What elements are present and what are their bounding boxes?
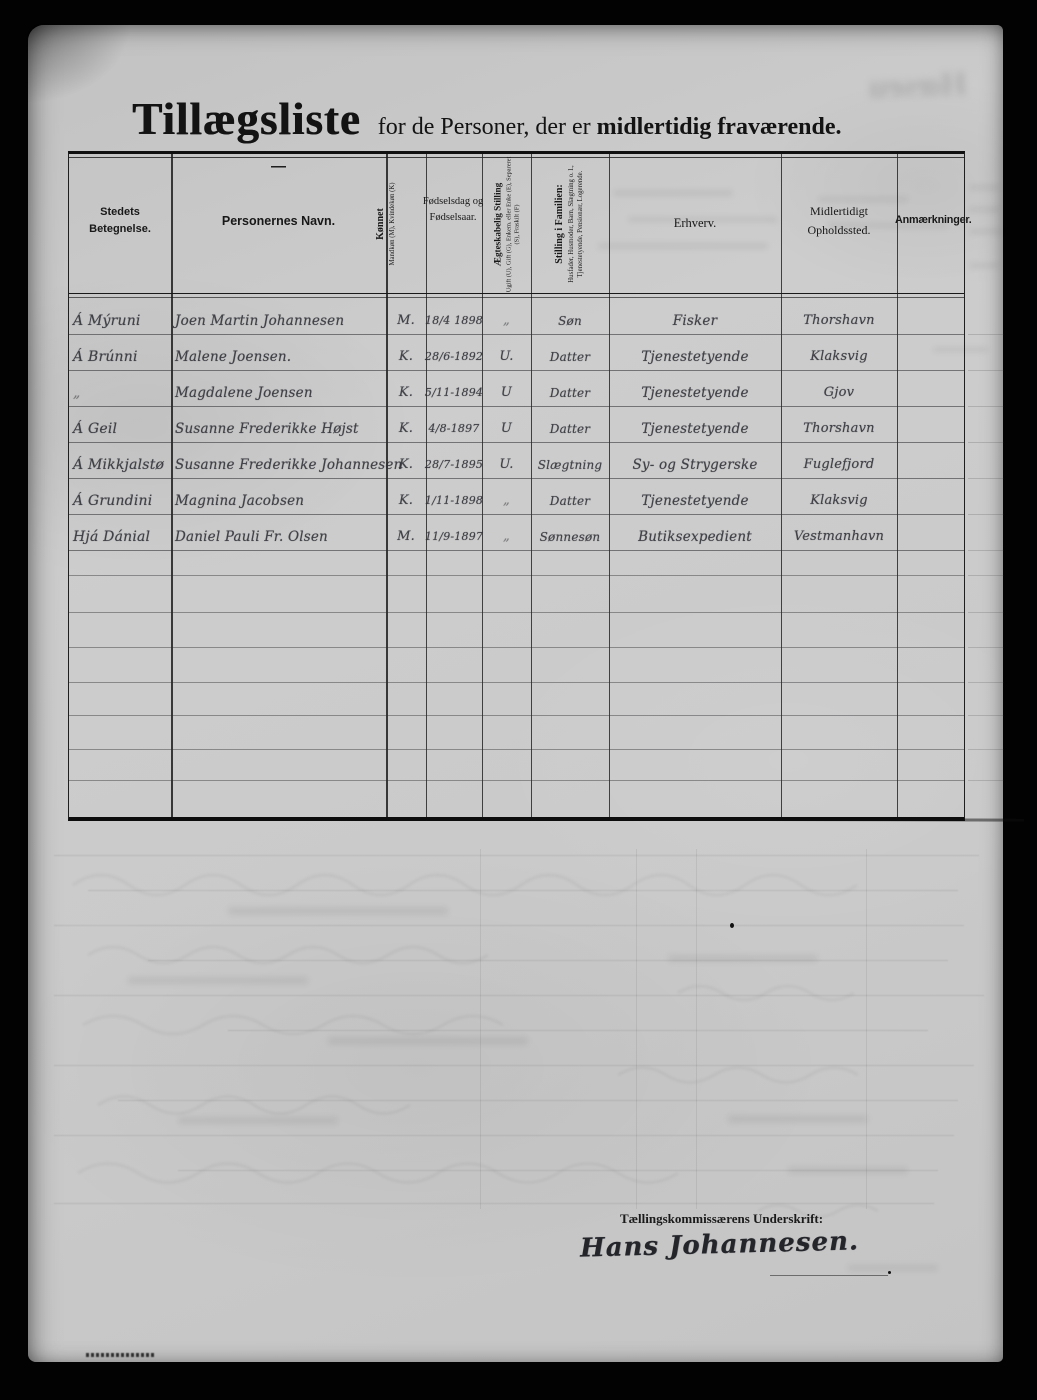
empty-row-rule [69, 682, 964, 683]
cell-sex: K. [386, 345, 426, 369]
signature-handwriting: Hans Johannesen. [580, 1226, 860, 1263]
cell-residence: Thorshavn [781, 417, 897, 441]
cell-occupation: Sy- og Strygerske [609, 453, 781, 477]
page-subtitle-regular: for de Personer, der er [378, 114, 591, 140]
page-subtitle: for de Personer, der ermidlertidig fravæ… [378, 114, 842, 141]
ink-speck [888, 1271, 891, 1274]
cell-marital: U [482, 381, 531, 405]
cell-family: Datter [531, 489, 609, 513]
cell-place: Á Geil [73, 417, 169, 441]
cell-birth: 18/4 1898 [424, 309, 484, 333]
margin-ghost-rule [968, 612, 1004, 613]
census-table: Stedets Betegnelse. — Personernes Navn. … [68, 151, 965, 821]
cell-occupation: Tjenestetyende [609, 417, 781, 441]
cell-residence: Klaksvig [781, 345, 897, 369]
row-rule [69, 406, 964, 407]
margin-ghost-rule [968, 478, 1004, 479]
page-subtitle-bold: midlertidig fraværende. [597, 114, 842, 140]
cell-residence: Klaksvig [781, 489, 897, 513]
cell-family: Slægtning [531, 453, 609, 477]
margin-ghost-rule [968, 647, 1004, 648]
cell-name: Magnina Jacobsen [175, 489, 383, 513]
cell-place: Hjá Dánial [73, 525, 169, 549]
row-rule [69, 514, 964, 515]
cell-marital: „ [482, 525, 531, 549]
cell-birth: 5/11-1894 [424, 381, 484, 405]
table-body: Á MýruniJoen Martin JohannesenM.18/4 189… [69, 154, 964, 817]
cell-family: Sønnesøn [531, 525, 609, 549]
cell-name: Malene Joensen. [175, 345, 383, 369]
signature-underline [770, 1275, 888, 1276]
scanned-page: Hœseu Tillægsliste for de Personer, der … [0, 0, 1037, 1400]
cell-family: Søn [531, 309, 609, 333]
table-bottom-ghost-rule [524, 817, 1024, 821]
margin-ghost-rule [968, 406, 1004, 407]
row-rule [69, 442, 964, 443]
bleedthrough-smudge [969, 263, 999, 268]
margin-ghost-rule [968, 334, 1004, 335]
cell-occupation: Butiksexpedient [609, 525, 781, 549]
page-title: Tillægsliste [132, 93, 361, 145]
cell-residence: Thorshavn [781, 309, 897, 333]
bleedthrough-smudge [969, 229, 1002, 234]
cell-occupation: Tjenestetyende [609, 489, 781, 513]
cell-residence: Gjov [781, 381, 897, 405]
cell-residence: Vestmanhavn [781, 525, 897, 549]
margin-ghost-rule [968, 550, 1004, 551]
empty-row-rule [69, 780, 964, 781]
cell-birth: 28/7-1895 [424, 453, 484, 477]
margin-ghost-rule [968, 749, 1004, 750]
cell-name: Magdalene Joensen [175, 381, 383, 405]
cell-marital: U. [482, 345, 531, 369]
margin-ghost-rule [968, 575, 1004, 576]
empty-row-rule [69, 575, 964, 576]
row-rule [69, 550, 964, 551]
margin-ghost-rule [968, 780, 1004, 781]
cell-place: Á Brúnni [73, 345, 169, 369]
row-rule [69, 334, 964, 335]
empty-row-rule [69, 749, 964, 750]
cell-name: Susanne Frederikke Højst [175, 417, 383, 441]
cell-marital: „ [482, 309, 531, 333]
cell-birth: 11/9-1897 [424, 525, 484, 549]
cell-marital: „ [482, 489, 531, 513]
ink-speck [730, 923, 734, 928]
cell-occupation: Tjenestetyende [609, 345, 781, 369]
cell-family: Datter [531, 417, 609, 441]
cell-birth: 1/11-1898 [424, 489, 484, 513]
cell-sex: K. [386, 417, 426, 441]
cell-place: Á Mikkjalstø [73, 453, 169, 477]
cell-sex: K. [386, 489, 426, 513]
cell-marital: U [482, 417, 531, 441]
paper-sheet: Hœseu Tillægsliste for de Personer, der … [28, 25, 1003, 1362]
bleedthrough-ghost-text: Hœseu [817, 64, 1019, 123]
cell-name: Susanne Frederikke Johannesen [175, 453, 383, 477]
cell-family: Datter [531, 345, 609, 369]
cell-birth: 28/6-1892 [424, 345, 484, 369]
cell-family: Datter [531, 381, 609, 405]
cell-name: Joen Martin Johannesen [175, 309, 383, 333]
margin-ghost-rule [968, 442, 1004, 443]
cell-occupation: Fisker [609, 309, 781, 333]
cell-sex: M. [386, 525, 426, 549]
empty-row-rule [69, 612, 964, 613]
document-title-row: Tillægsliste for de Personer, der ermidl… [132, 93, 842, 145]
cell-occupation: Tjenestetyende [609, 381, 781, 405]
bleedthrough-smudge [969, 207, 999, 212]
cell-sex: M. [386, 309, 426, 333]
cell-residence: Fuglefjord [781, 453, 897, 477]
margin-ghost-rule [968, 715, 1004, 716]
printer-mark [86, 1353, 156, 1357]
cell-sex: K. [386, 453, 426, 477]
cell-sex: K. [386, 381, 426, 405]
cell-place: „ [73, 381, 169, 405]
cell-birth: 4/8-1897 [424, 417, 484, 441]
margin-ghost-rule [968, 682, 1004, 683]
cell-place: Á Grundini [73, 489, 169, 513]
cell-marital: U. [482, 453, 531, 477]
row-rule [69, 370, 964, 371]
bleedthrough-smudge [969, 185, 999, 190]
cell-place: Á Mýruni [73, 309, 169, 333]
bleedthrough-smudge [848, 1265, 938, 1271]
bleedthrough-handwriting [58, 843, 968, 1223]
empty-row-rule [69, 647, 964, 648]
row-rule [69, 478, 964, 479]
signature-label: Tællingskommissærens Underskrift: [620, 1211, 823, 1227]
margin-ghost-rule [968, 370, 1004, 371]
cell-name: Daniel Pauli Fr. Olsen [175, 525, 383, 549]
empty-row-rule [69, 715, 964, 716]
margin-ghost-rule [968, 514, 1004, 515]
